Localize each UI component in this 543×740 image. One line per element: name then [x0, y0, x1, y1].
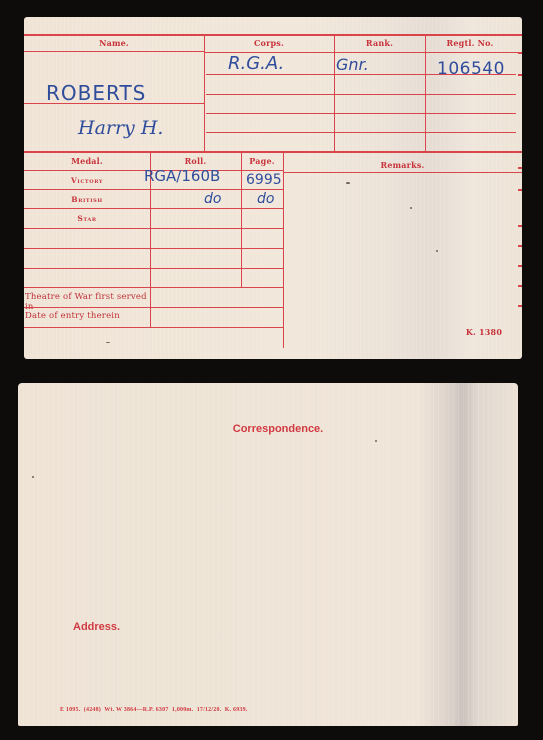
speck [436, 250, 438, 252]
rule [24, 287, 283, 288]
printer-imprint: E 1095. (4248) Wt. W 3864—R.P. 6307 1,00… [60, 707, 248, 713]
edge-tick [518, 74, 522, 76]
header-corps: Corps. [204, 38, 334, 48]
theatre-of-war-label: Theatre of War first served in [25, 292, 150, 312]
british-roll: do [204, 191, 221, 207]
rule [283, 172, 522, 173]
rule [24, 228, 283, 229]
rule [24, 268, 283, 269]
rank-value: Gnr. [336, 55, 369, 74]
regtl-no-value: 106540 [437, 59, 505, 79]
form-code: K. 1380 [464, 327, 504, 337]
corps-value: R.G.A. [228, 53, 284, 74]
medal-victory: Victory [24, 176, 150, 185]
victory-page: 6995 [246, 172, 282, 188]
header-name: Name. [24, 38, 204, 48]
victory-roll: RGA/160B [144, 167, 220, 185]
header-regtl-no: Regtl. No. [425, 38, 515, 48]
date-of-entry-label: Date of entry therein [25, 311, 150, 321]
speck [346, 182, 350, 184]
rule [206, 94, 516, 95]
divider [334, 34, 335, 152]
divider [241, 152, 242, 287]
speck [375, 440, 377, 442]
medal-index-card-back: Correspondence. Address. E 1095. (4248) … [18, 383, 518, 726]
speck [106, 342, 110, 343]
rule [24, 151, 522, 153]
surname: ROBERTS [46, 81, 146, 105]
medal-star: Star [24, 214, 150, 223]
edge-tick [518, 189, 522, 191]
rule [24, 208, 283, 209]
edge-tick [518, 52, 522, 54]
divider [204, 34, 205, 152]
header-medal: Medal. [24, 156, 150, 166]
edge-tick [518, 265, 522, 267]
rule [206, 113, 516, 114]
edge-tick [518, 245, 522, 247]
rule [24, 248, 283, 249]
header-rank: Rank. [334, 38, 425, 48]
header-page: Page. [241, 156, 283, 166]
british-page: do [257, 191, 274, 207]
medal-index-card-front: Name. Corps. Rank. Regtl. No. ROBERTS Ha… [24, 17, 522, 359]
rule [24, 51, 204, 52]
edge-tick [518, 167, 522, 169]
correspondence-title: Correspondence. [18, 423, 538, 435]
edge-tick [518, 34, 522, 36]
medal-british: British [24, 195, 150, 204]
header-roll: Roll. [150, 156, 241, 166]
edge-tick [518, 305, 522, 307]
speck [410, 207, 412, 209]
rule [24, 327, 283, 328]
rule [24, 34, 522, 36]
rule [24, 189, 283, 190]
header-remarks: Remarks. [283, 160, 522, 170]
divider [425, 34, 426, 152]
edge-tick [518, 225, 522, 227]
rule [206, 132, 516, 133]
speck [32, 476, 34, 478]
address-label: Address. [73, 621, 120, 633]
forenames: Harry H. [78, 117, 163, 139]
divider [283, 152, 284, 348]
edge-tick [518, 285, 522, 287]
